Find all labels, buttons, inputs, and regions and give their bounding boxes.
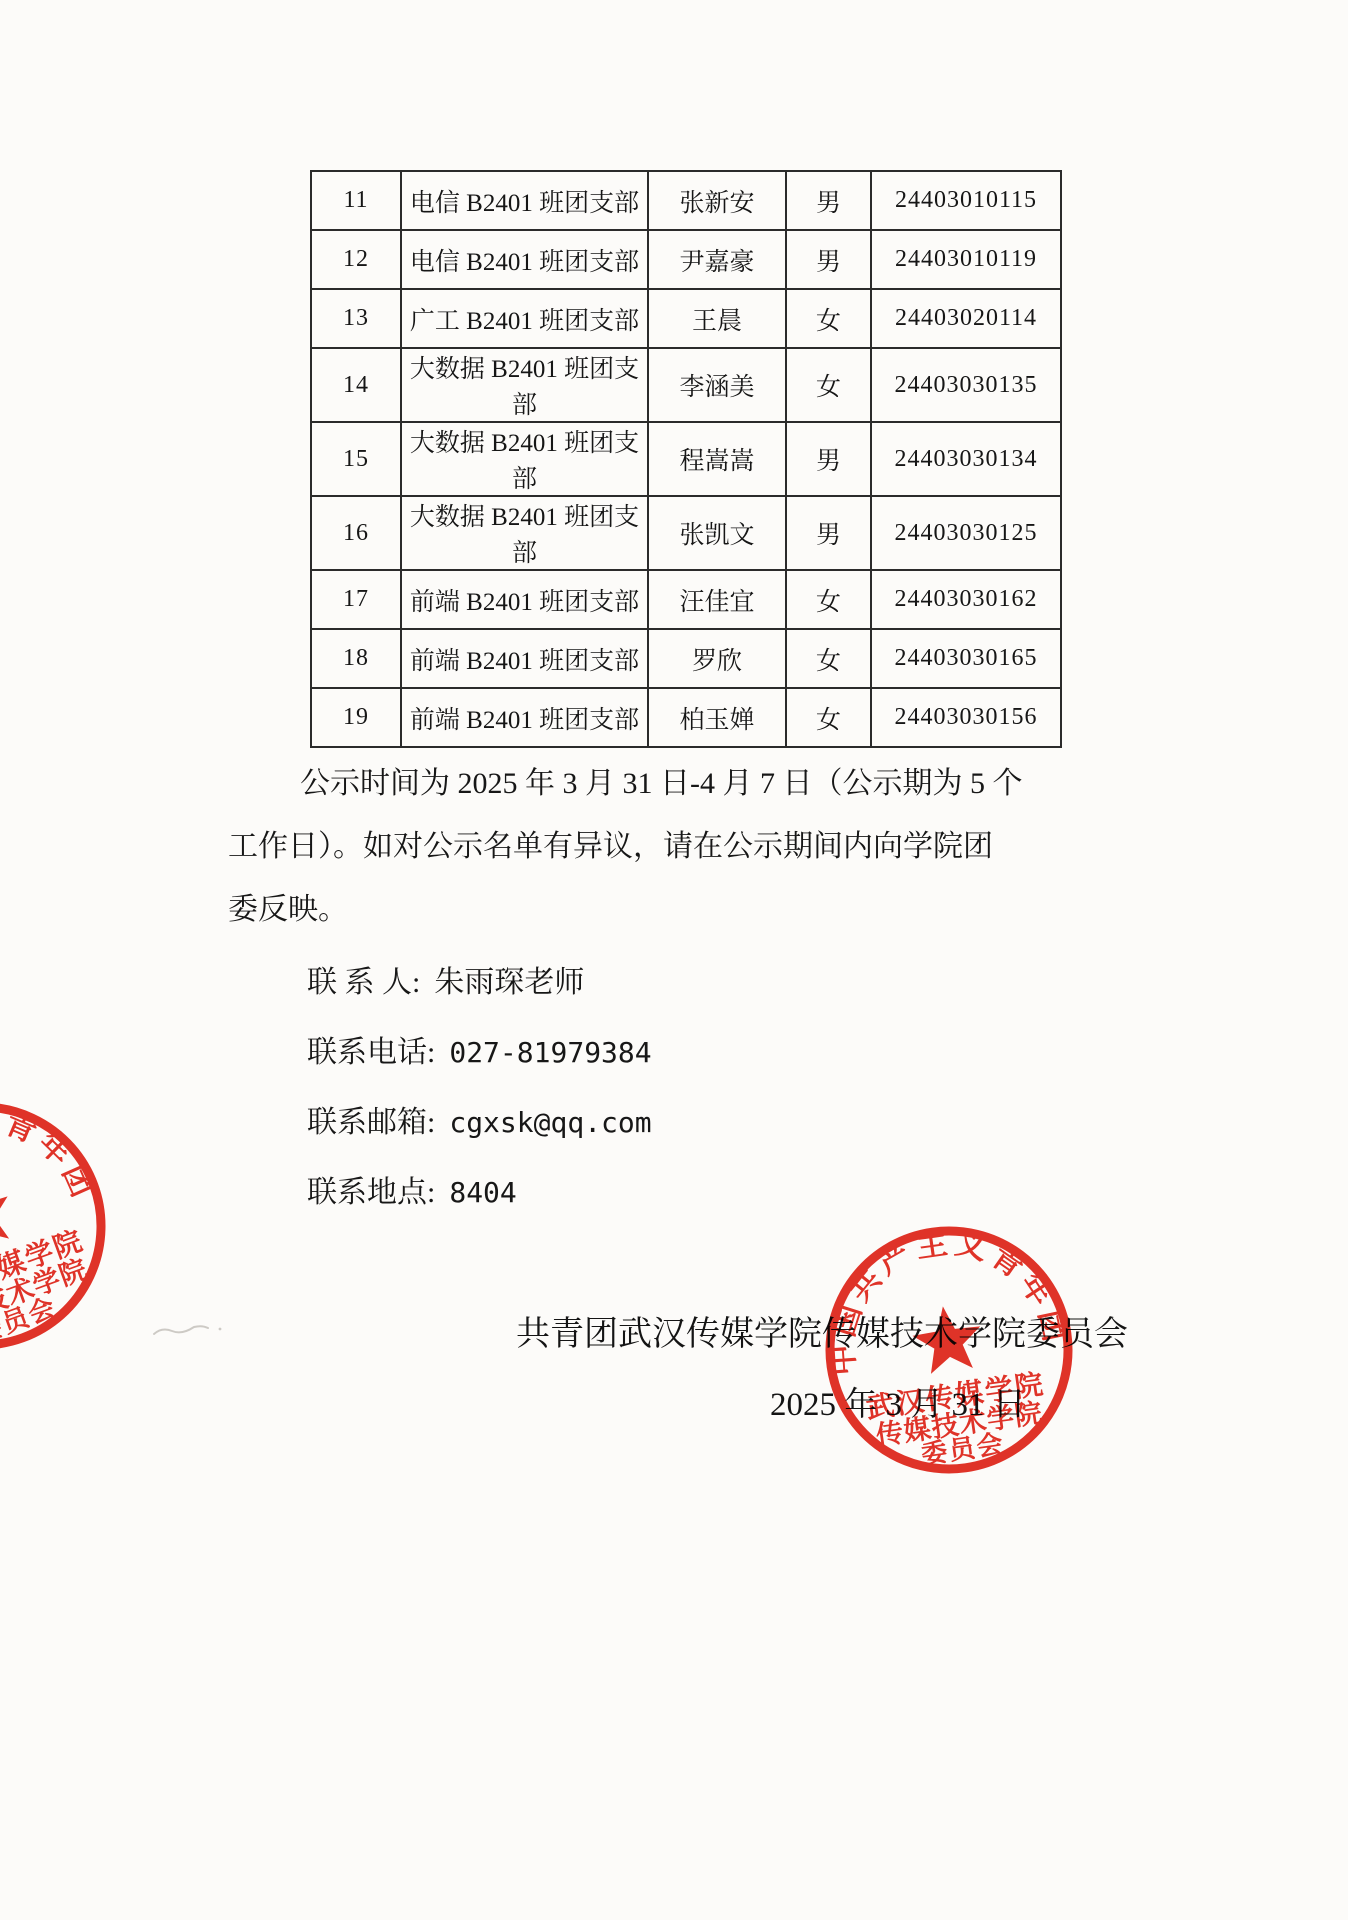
official-seal-stamp: 中国共产主义青年团 武汉传媒学院 传媒技术学院 委员会 xyxy=(802,1203,1096,1497)
name-cell: 张新安 xyxy=(648,171,786,230)
contact-email-label: 联系邮箱: xyxy=(307,1106,435,1139)
branch-cell: 大数据 B2401 班团支部 xyxy=(401,348,648,422)
row-number: 11 xyxy=(311,171,401,230)
branch-cell: 前端 B2401 班团支部 xyxy=(401,629,648,688)
student-id-cell: 24403030162 xyxy=(871,570,1061,629)
star-icon xyxy=(909,1302,986,1376)
row-number: 13 xyxy=(311,289,401,348)
contact-phone-label: 联系电话: xyxy=(307,1036,435,1069)
contact-phone-value: 027-81979384 xyxy=(449,1036,651,1069)
student-id-cell: 24403030134 xyxy=(871,422,1061,496)
row-number: 14 xyxy=(311,348,401,422)
name-cell: 柏玉婵 xyxy=(648,688,786,747)
gender-cell: 男 xyxy=(786,230,871,289)
table-row: 16 大数据 B2401 班团支部 张凯文 男 24403030125 xyxy=(311,496,1061,570)
table-row: 14 大数据 B2401 班团支部 李涵美 女 24403030135 xyxy=(311,348,1061,422)
row-number: 19 xyxy=(311,688,401,747)
name-cell: 程嵩嵩 xyxy=(648,422,786,496)
gender-cell: 男 xyxy=(786,496,871,570)
row-number: 17 xyxy=(311,570,401,629)
table-row: 13 广工 B2401 班团支部 王晨 女 24403020114 xyxy=(311,289,1061,348)
contact-person-row: 联 系 人:朱雨琛老师 xyxy=(307,948,652,1018)
name-cell: 李涵美 xyxy=(648,348,786,422)
student-id-cell: 24403030125 xyxy=(871,496,1061,570)
name-cell: 张凯文 xyxy=(648,496,786,570)
roster-table: 11 电信 B2401 班团支部 张新安 男 24403010115 12 电信… xyxy=(310,170,1062,748)
gender-cell: 女 xyxy=(786,348,871,422)
branch-cell: 电信 B2401 班团支部 xyxy=(401,171,648,230)
contact-location-row: 联系地点:8404 xyxy=(307,1158,652,1228)
table-row: 17 前端 B2401 班团支部 汪佳宜 女 24403030162 xyxy=(311,570,1061,629)
student-id-cell: 24403030165 xyxy=(871,629,1061,688)
contact-block: 联 系 人:朱雨琛老师 联系电话:027-81979384 联系邮箱:cgxsk… xyxy=(307,948,652,1228)
official-seal-stamp-partial: 中国共产主义青年团 武汉传媒学院 传媒技术学院 委员会 xyxy=(0,1059,149,1392)
notice-line: 委反映。 xyxy=(228,878,1043,941)
notice-line: 工作日）。如对公示名单有异议，请在公示期间内向学院团 xyxy=(228,815,1043,878)
name-cell: 尹嘉豪 xyxy=(648,230,786,289)
row-number: 16 xyxy=(311,496,401,570)
name-cell: 王晨 xyxy=(648,289,786,348)
contact-location-value: 8404 xyxy=(449,1176,516,1209)
contact-email-value: cgxsk@qq.com xyxy=(449,1106,651,1139)
branch-cell: 广工 B2401 班团支部 xyxy=(401,289,648,348)
row-number: 12 xyxy=(311,230,401,289)
contact-phone-row: 联系电话:027-81979384 xyxy=(307,1018,652,1088)
pencil-mark xyxy=(150,1316,230,1342)
student-id-cell: 24403030135 xyxy=(871,348,1061,422)
contact-email-row: 联系邮箱:cgxsk@qq.com xyxy=(307,1088,652,1158)
row-number: 18 xyxy=(311,629,401,688)
student-id-cell: 24403020114 xyxy=(871,289,1061,348)
table-row: 11 电信 B2401 班团支部 张新安 男 24403010115 xyxy=(311,171,1061,230)
table-row: 19 前端 B2401 班团支部 柏玉婵 女 24403030156 xyxy=(311,688,1061,747)
contact-person-label: 联 系 人: xyxy=(307,966,420,999)
contact-location-label: 联系地点: xyxy=(307,1176,435,1209)
table-row: 12 电信 B2401 班团支部 尹嘉豪 男 24403010119 xyxy=(311,230,1061,289)
student-id-cell: 24403010115 xyxy=(871,171,1061,230)
branch-cell: 电信 B2401 班团支部 xyxy=(401,230,648,289)
gender-cell: 男 xyxy=(786,171,871,230)
branch-cell: 前端 B2401 班团支部 xyxy=(401,570,648,629)
gender-cell: 女 xyxy=(786,289,871,348)
notice-line: 公示时间为 2025 年 3 月 31 日-4 月 7 日（公示期为 5 个 xyxy=(228,752,1043,815)
notice-paragraph: 公示时间为 2025 年 3 月 31 日-4 月 7 日（公示期为 5 个 工… xyxy=(228,752,1043,941)
table-row: 18 前端 B2401 班团支部 罗欣 女 24403030165 xyxy=(311,629,1061,688)
gender-cell: 女 xyxy=(786,570,871,629)
scanned-notice-page: 11 电信 B2401 班团支部 张新安 男 24403010115 12 电信… xyxy=(0,0,1348,1920)
table-row: 15 大数据 B2401 班团支部 程嵩嵩 男 24403030134 xyxy=(311,422,1061,496)
star-icon xyxy=(0,1173,21,1258)
gender-cell: 男 xyxy=(786,422,871,496)
name-cell: 汪佳宜 xyxy=(648,570,786,629)
contact-person-value: 朱雨琛老师 xyxy=(434,966,584,999)
gender-cell: 女 xyxy=(786,629,871,688)
student-id-cell: 24403030156 xyxy=(871,688,1061,747)
gender-cell: 女 xyxy=(786,688,871,747)
branch-cell: 大数据 B2401 班团支部 xyxy=(401,422,648,496)
branch-cell: 大数据 B2401 班团支部 xyxy=(401,496,648,570)
row-number: 15 xyxy=(311,422,401,496)
branch-cell: 前端 B2401 班团支部 xyxy=(401,688,648,747)
name-cell: 罗欣 xyxy=(648,629,786,688)
student-id-cell: 24403010119 xyxy=(871,230,1061,289)
